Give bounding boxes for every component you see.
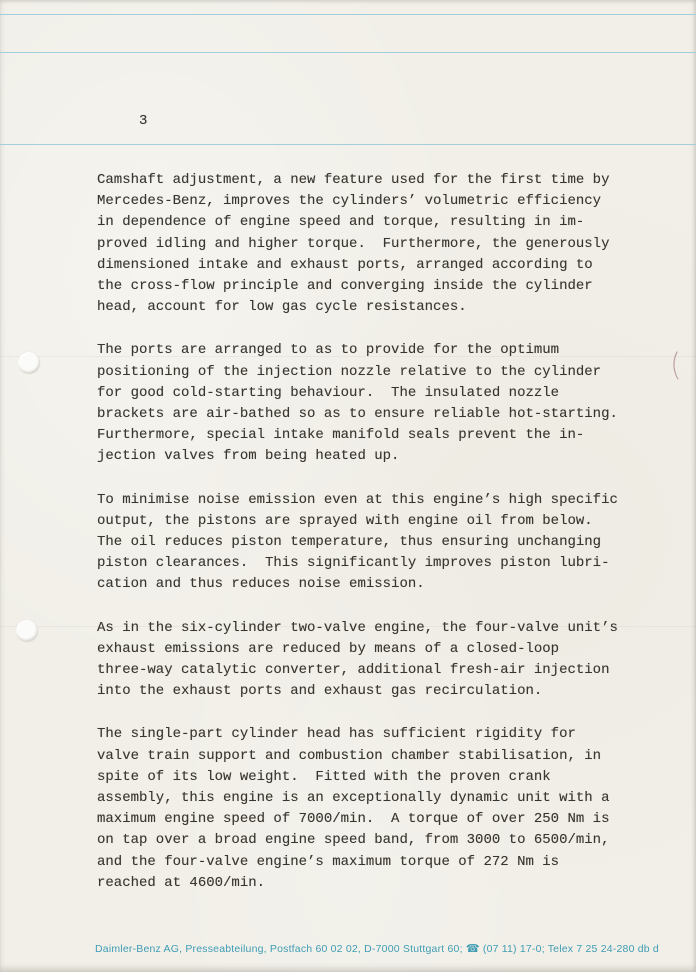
footer-imprint: Daimler-Benz AG, Presseabteilung, Postfa…: [95, 942, 659, 955]
page-number: 3: [139, 113, 147, 129]
paragraph-exhaust-emissions: As in the six-cylinder two-valve engine,…: [97, 618, 642, 703]
punch-hole-bottom: [16, 620, 38, 642]
punch-hole-top: [18, 352, 40, 374]
paragraph-noise-emission: To minimise noise emission even at this …: [97, 490, 642, 596]
footer-address: Daimler-Benz AG, Presseabteilung, Postfa…: [95, 943, 466, 955]
phone-icon: ☎: [466, 943, 480, 955]
body-text: Camshaft adjustment, a new feature used …: [97, 170, 642, 916]
letterhead-rule-top: [0, 14, 696, 15]
press-release-page: 3 Camshaft adjustment, a new feature use…: [0, 0, 696, 972]
letterhead-rule-middle: [0, 52, 696, 53]
letterhead-rule-bottom: [0, 144, 696, 145]
footer-phone-telex: (07 11) 17-0; Telex 7 25 24-280 db d: [480, 943, 659, 955]
pen-mark: [669, 350, 681, 387]
paragraph-camshaft-adjustment: Camshaft adjustment, a new feature used …: [97, 170, 642, 318]
paragraph-cylinder-head: The single-part cylinder head has suffic…: [97, 724, 642, 894]
paragraph-port-arrangement: The ports are arranged to as to provide …: [97, 340, 642, 467]
